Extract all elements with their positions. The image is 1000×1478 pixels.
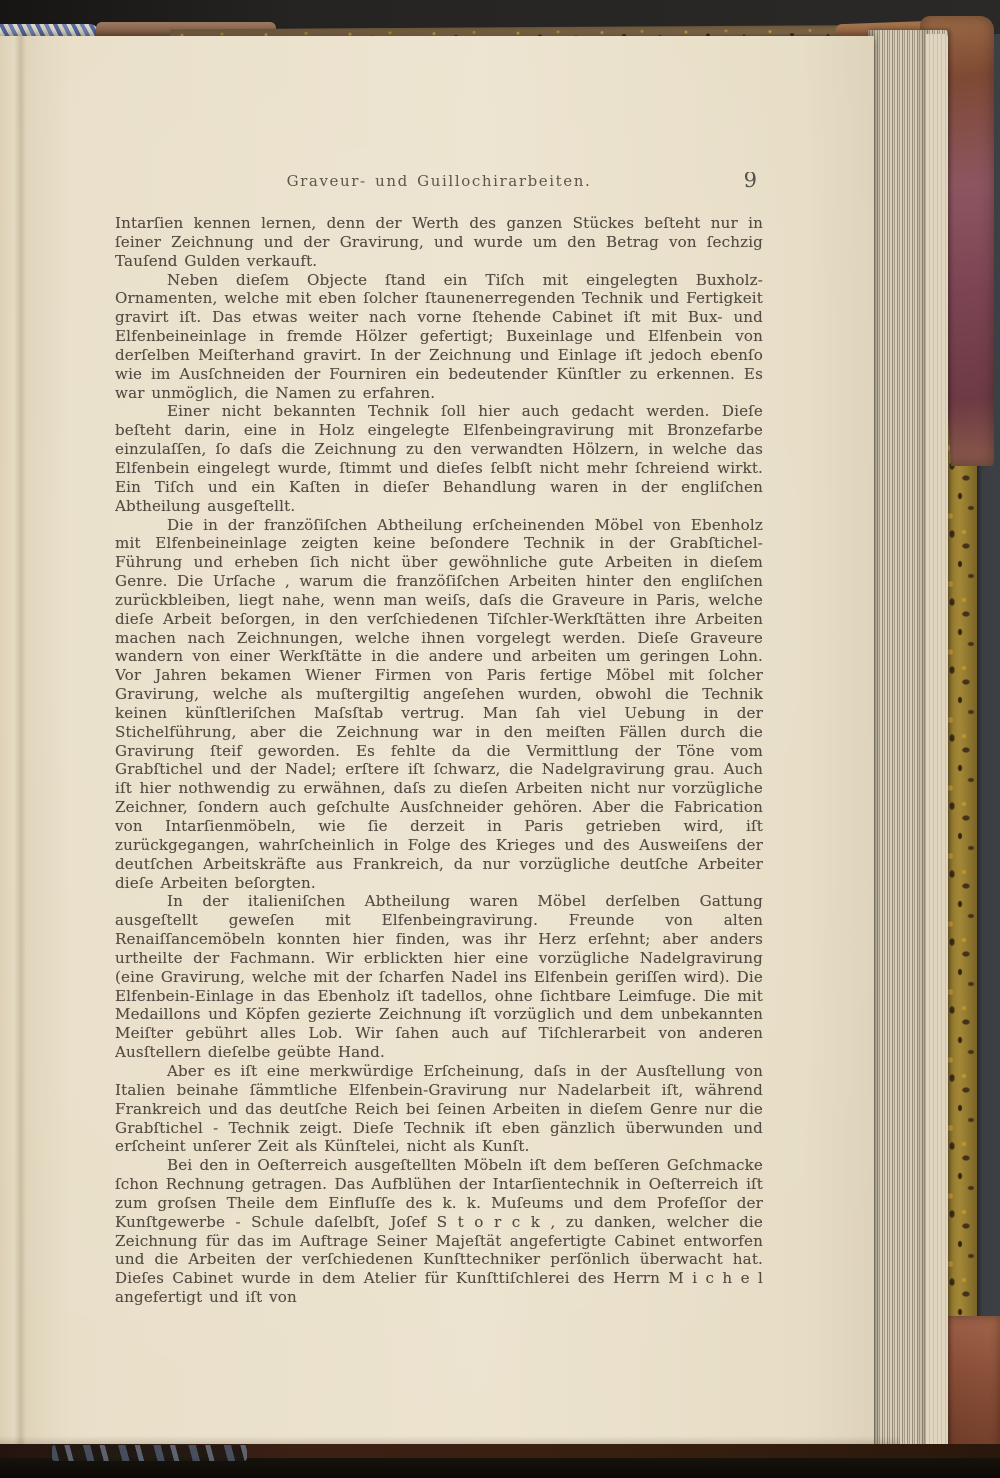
paragraph: Bei den in Oeſterreich ausgeſtellten Möb…: [115, 1156, 763, 1307]
paragraph: Einer nicht bekannten Technik ſoll hier …: [115, 402, 763, 515]
background-bottom: [0, 1458, 1000, 1478]
paragraph: Neben dieſem Objecte ſtand ein Tiſch mit…: [115, 271, 763, 403]
text-block: Graveur- und Guillochirarbeiten. 9 Intar…: [115, 172, 763, 1452]
paragraph: In der italieniſchen Abtheilung waren Mö…: [115, 892, 763, 1062]
paragraph: Intarſien kennen lernen, denn der Werth …: [115, 214, 763, 271]
running-head: Graveur- und Guillochirarbeiten. 9: [115, 172, 763, 196]
running-head-title: Graveur- und Guillochirarbeiten.: [115, 172, 763, 190]
paragraph: Aber es iſt eine merkwürdige Erſcheinung…: [115, 1062, 763, 1156]
bottom-endband-flecks: [52, 1445, 247, 1461]
body-paragraphs: Intarſien kennen lernen, denn der Werth …: [115, 214, 763, 1307]
paragraph: Die in der franzöſiſchen Abtheilung erſc…: [115, 516, 763, 893]
book-page: Graveur- und Guillochirarbeiten. 9 Intar…: [0, 36, 874, 1446]
page-number: 9: [744, 172, 757, 192]
book-photograph: Graveur- und Guillochirarbeiten. 9 Intar…: [0, 0, 1000, 1478]
page-stack-outer-leaves: [926, 34, 948, 1446]
